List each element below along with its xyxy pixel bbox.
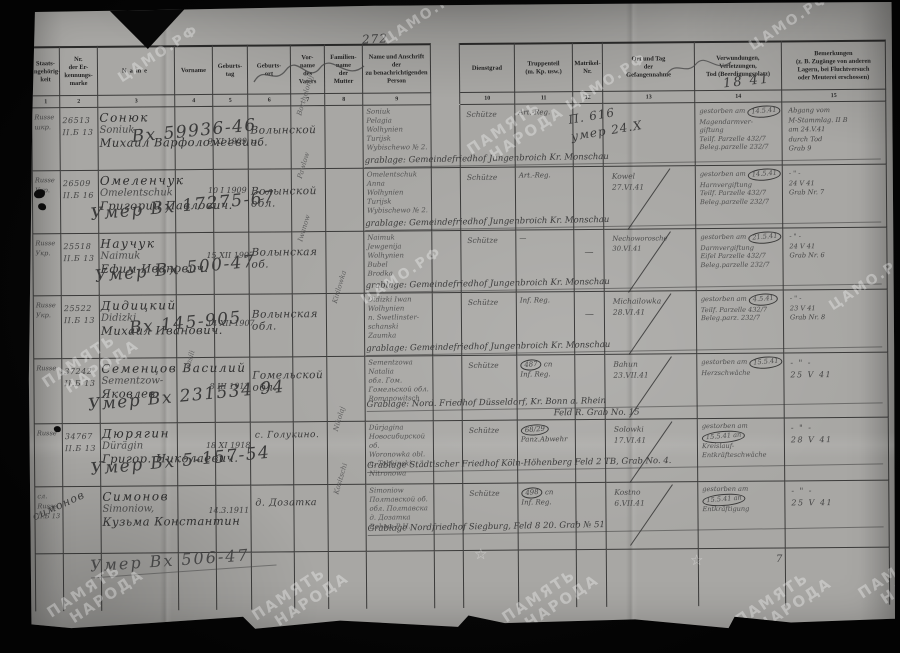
empty-cell [102, 553, 179, 611]
cell-matrikel: — [574, 230, 604, 292]
cell-death: gestorben am 15.5.41 anEntkräftigung [698, 481, 786, 549]
cell-vorname [177, 358, 216, 423]
col-num: 11 [515, 92, 573, 104]
col-num: 1 [31, 96, 60, 108]
cell-contact: Dürjagina Новосибирской об. Woronowka ob… [366, 421, 434, 485]
cell-birthplace [251, 485, 295, 552]
col-num: 7 [291, 94, 325, 106]
cell-name [101, 423, 178, 487]
cell-remarks: - " - 24 V 41 Grab Nr. 6 [783, 228, 887, 291]
cell-father [293, 357, 328, 422]
cell-rank: Schütze [462, 356, 518, 421]
col-header-contact: Name und Anschrift der zu benachrichtige… [363, 43, 431, 94]
col-header-matrikel: Matrikel- Nr. [573, 42, 603, 92]
cell-tag-number: 25518 II.Б 13 [61, 234, 99, 296]
cell-rank: Schütze [463, 484, 519, 551]
table-row: Russe Укр. 26509 II.Б 16 Omelentschuk An… [32, 165, 887, 235]
cell-vorname [177, 295, 215, 358]
cell-birthdate [214, 233, 249, 295]
cell-contact: Sementzowa Natalia обл. Гом. Гомельской … [365, 356, 434, 422]
cell-birthdate [214, 170, 249, 233]
cell-rank: Schütze [461, 231, 516, 293]
empty-cell [179, 553, 217, 610]
cell-mother [328, 485, 367, 552]
cell-contact: Didizki Iwan Wolhynien n. Swetlinster- s… [365, 293, 433, 357]
empty-cell [367, 551, 435, 609]
ink-blob [38, 203, 46, 210]
table-gap [432, 168, 461, 231]
cell-capture: Bahun 23.VII.41 [605, 354, 698, 420]
cell-capture: Michailowka 28.VI.41 [605, 291, 697, 355]
table-row: Russe Укр. 25518 II.Б 13 Naimuk Jewgenij… [32, 228, 887, 297]
cell-remarks: - " - 23 V 41 Grab Nr. 8 [784, 290, 888, 354]
cell-nationality: Russe [34, 424, 63, 487]
scanned-document-photo: 272 18 41 Staats- angehörig- keit Nr. de… [0, 0, 900, 653]
empty-cell [252, 552, 295, 609]
capture-text: Kowel 27.VI.41 [604, 166, 695, 193]
cell-birthdate [213, 107, 248, 170]
table-gap [434, 484, 464, 551]
cell-vorname [178, 486, 217, 553]
document-paper: 272 18 41 Staats- angehörig- keit Nr. de… [28, 2, 895, 630]
empty-cell [699, 548, 786, 606]
col-header-capture: Ort und Tag der Gefangennahme [603, 41, 695, 92]
capture-text: Michailowka 28.VI.41 [605, 291, 696, 318]
empty-cell [786, 548, 890, 606]
col-num: 12 [573, 92, 603, 104]
empty-cell [217, 553, 252, 610]
cell-name [100, 358, 178, 424]
cell-mother [325, 106, 363, 169]
death-details: Magendarmver- giftung Teilf. Parzelle 43… [699, 117, 781, 152]
cell-nationality: Russe шкр. [31, 108, 60, 171]
cell-birthdate [216, 423, 251, 486]
death-date-circled: 15.5.41 an [701, 429, 745, 444]
cell-matrikel [575, 355, 606, 420]
table-gap [431, 93, 460, 104]
cell-remarks: - " - 25 V 41 [784, 353, 889, 419]
death-intro: gestorben am [700, 170, 746, 178]
cell-tag-number: 26509 II.Б 16 [61, 171, 99, 234]
cell-death: gestorben am 14.5.41Harnvergiftung Teilf… [696, 165, 783, 229]
cell-remarks: - " - 25 V 41 [785, 481, 890, 549]
cell-death: gestorben am 4.5.41Teilf. Parzelle 432/7… [697, 290, 784, 354]
cell-contact: Naimuk Jewgenija Wolhynien Bubel Brodka [364, 231, 432, 294]
cell-name [100, 295, 177, 359]
ink-blob [54, 426, 61, 432]
cell-nationality: Russe [33, 359, 63, 424]
table-gap [435, 551, 464, 608]
unit-text: Inf. Reg. [520, 296, 550, 304]
col-num: 4 [175, 95, 213, 107]
col-num: 8 [325, 94, 363, 106]
archive-watermark: ЦАМО.РФ [380, 0, 467, 48]
cell-matrikel [576, 483, 607, 550]
cell-unit: 498 сп Inf. Reg. [518, 483, 577, 550]
death-details: Kreislauf- Entkräfteschwäche [702, 442, 784, 460]
empty-cell [607, 549, 699, 607]
col-num: 9 [363, 93, 431, 106]
cell-death: gestorben am 15.5.41Herzschwäche [697, 353, 785, 419]
cell-remarks: - " - 24 V 41 Grab Nr. 7 [783, 165, 887, 229]
cell-vorname [175, 107, 213, 170]
empty-cell [464, 551, 519, 608]
death-intro: gestorben am [702, 485, 748, 493]
cell-father [292, 169, 326, 232]
cell-father [294, 485, 329, 552]
col-num: 2 [60, 96, 98, 108]
col-header-remarks: Bemerkungen (z. B. Zugänge von anderen L… [782, 40, 886, 91]
cell-mother [327, 357, 366, 422]
unit-text: — [519, 234, 526, 242]
cell-capture: Solowki 17.VI.41 [606, 419, 698, 483]
capture-text: Kostno 6.VII.41 [606, 482, 697, 509]
cell-capture: Kostno 6.VII.41 [606, 482, 699, 550]
cell-birthplace [249, 169, 292, 232]
death-date-circled: 14.5.41 [747, 167, 781, 181]
col-header-mother: Familien- name der Mutter [325, 44, 363, 94]
cell-unit: Art.-Reg. [516, 167, 574, 230]
empty-cell [295, 552, 329, 609]
col-header-tag-number: Nr. der Er- kennungs- marke [60, 46, 98, 96]
cell-name [99, 170, 176, 234]
table-gap [433, 356, 463, 421]
col-header-vorname: Vorname [175, 45, 213, 95]
col-header-nationality: Staats- angehörig- keit [31, 46, 60, 96]
cell-matrikel [573, 104, 603, 167]
cell-matrikel: — [575, 292, 605, 355]
unit-text: Art.-Reg. [519, 171, 551, 179]
cell-mother [328, 422, 366, 485]
death-date-circled: 21.5.41 [748, 230, 782, 244]
death-intro: gestorben am [701, 358, 747, 366]
col-num: 3 [98, 95, 175, 108]
cell-birthplace [249, 232, 292, 294]
pow-register-table: Staats- angehörig- keit Nr. der Er- kenn… [31, 40, 890, 612]
cell-matrikel [576, 420, 606, 483]
unit-text: Panz.Abwehr [521, 435, 568, 443]
death-details: Teilf. Parzelle 432/7 Beleg.parz. 232/7 [701, 305, 783, 323]
cell-father [291, 106, 325, 169]
cell-nationality: Russe Укр. [33, 296, 62, 359]
col-num: 14 [695, 90, 782, 103]
cell-capture: Kowel 27.VI.41 [604, 166, 696, 230]
empty-cell [64, 554, 102, 611]
death-intro: gestorben am [700, 233, 746, 241]
death-details: Herzschwäche [701, 368, 783, 377]
cell-matrikel [574, 167, 604, 230]
cell-unit: Art.-Reg. [515, 104, 573, 167]
cell-unit: 68/29Panz.Abwehr [518, 420, 576, 483]
torn-corner [100, 1, 192, 49]
death-date-circled: 15.5.41 [749, 355, 783, 369]
capture-text: Nechoworosche 30.VI.41 [604, 229, 695, 254]
table-row: Russe 37242 II.Б 13 Sementzowa Natalia о… [33, 353, 888, 425]
col-header-birthdate: Geburts- tag [213, 45, 248, 95]
empty-cell [577, 550, 607, 607]
death-date-circled: 14.5.41 [747, 104, 781, 118]
cell-contact: Soniuk Pelagia Wolhynien Turijsk Wybisch… [363, 105, 431, 169]
cell-remarks: Abgang vom M-Stammlag. II B am 24.V.41 d… [782, 102, 886, 166]
unit-text: Art.-Reg. [518, 108, 550, 116]
cell-unit: Inf. Reg. [517, 292, 575, 355]
cell-rank: Schütze [461, 168, 516, 231]
cell-birthplace [251, 422, 294, 485]
cell-birthplace [248, 106, 291, 169]
cell-tag-number: 25522 II.Б 13 [62, 296, 100, 359]
cell-birthplace [250, 294, 293, 357]
cell-tag-number [63, 487, 102, 554]
cell-father [294, 422, 328, 485]
cell-unit: 487 сп Inf. Reg. [517, 355, 576, 420]
cell-father [292, 232, 326, 294]
death-intro: gestorben am [702, 422, 748, 430]
cell-tag-number: 34767 II.Б 13 [63, 424, 101, 487]
cell-birthplace [250, 357, 294, 422]
death-details: Darmvergiftung Eifel Parzelle 432/7 Bele… [700, 243, 782, 269]
cell-tag-number: 37242 II.Б 13 [62, 359, 101, 424]
cell-remarks: - " - 28 V 41 [785, 418, 889, 482]
empty-cell [35, 554, 64, 611]
unit-circle: 487 [520, 359, 542, 372]
cell-birthdate [216, 486, 252, 553]
cell-rank: Schütze [462, 293, 517, 356]
cell-rank: Schütze [463, 421, 518, 484]
cell-birthdate [215, 358, 251, 423]
cell-vorname [176, 170, 214, 233]
empty-cell [519, 550, 577, 607]
col-header-name: Name [98, 45, 175, 96]
cell-father [293, 294, 327, 357]
col-header-death: Verwundungen, Verletzungen, Tod (Beerdig… [695, 40, 782, 91]
col-num: 15 [782, 90, 886, 103]
table-gap [431, 43, 460, 93]
cell-name [99, 233, 176, 296]
death-intro: gestorben am [699, 107, 745, 115]
death-date-circled: 4.5.41 [748, 293, 778, 307]
table-row: сл. Russe II.Б 13 Simoniow Полтавской об… [34, 481, 889, 555]
cell-contact: Omelentschuk Anna Wolhynien Turijsk Wybi… [364, 168, 432, 232]
cell-death: gestorben am 14.5.41Magendarmver- giftun… [695, 102, 782, 166]
cell-vorname [178, 423, 216, 486]
cell-unit: — [516, 230, 574, 292]
death-details: Harnvergiftung Teilf. Parzelle 432/7 Bel… [700, 180, 782, 206]
capture-text: Bahun 23.VII.41 [605, 354, 696, 381]
cell-nationality: Russe Укр. [32, 171, 61, 234]
table-row: Russe шкр. 26513 II.Б 13 Soniuk Pelagia … [31, 102, 886, 172]
cell-name [98, 107, 175, 171]
cell-name [101, 486, 179, 554]
cell-birthdate [215, 295, 250, 358]
table-gap [431, 105, 460, 168]
cell-death: gestorben am 21.5.41Darmvergiftung Eifel… [696, 228, 783, 291]
cell-mother [326, 232, 364, 294]
col-num: 13 [603, 91, 695, 104]
table-row: Russe Укр. 25522 II.Б 13 Didizki Iwan Wo… [33, 290, 888, 360]
cell-mother [327, 294, 365, 357]
cell-rank: Schütze [460, 105, 515, 168]
table-header-row: Staats- angehörig- keit Nr. der Er- kenn… [31, 40, 886, 97]
cell-tag-number: 26513 II.Б 13 [60, 108, 98, 171]
cell-capture: Nechoworosche 30.VI.41 [604, 229, 696, 292]
table-gap [432, 231, 461, 293]
col-num: 5 [213, 95, 248, 107]
col-header-unit: Truppenteil (m. Kp. usw.) [515, 42, 573, 92]
capture-text: Solowki 17.VI.41 [606, 419, 697, 446]
cell-death: gestorben am 15.5.41 anKreislauf- Entkrä… [698, 418, 785, 482]
col-header-rank: Dienstgrad [460, 43, 515, 93]
table-gap [433, 293, 462, 356]
col-num: 10 [460, 93, 515, 105]
table-row: Russe 34767 II.Б 13 Dürjagina Новосибирс… [34, 418, 889, 488]
cell-nationality: сл. Russe II.Б 13 [34, 487, 64, 554]
col-num: 6 [248, 94, 291, 106]
death-intro: gestorben am [701, 295, 747, 303]
cell-contact: Simoniow Полтавской об. обл. Полтавска д… [366, 484, 435, 552]
table-row-empty [35, 548, 890, 612]
unit-circle: 498 [521, 487, 543, 500]
col-header-birthplace: Geburts- ort [248, 44, 291, 94]
col-header-father: Vor- name des Vaters [291, 44, 325, 94]
cell-capture [603, 103, 695, 167]
cell-mother [326, 169, 364, 232]
empty-cell [329, 552, 367, 609]
cell-nationality: Russe Укр. [32, 234, 61, 296]
table-gap [434, 421, 463, 484]
cell-vorname [176, 233, 214, 295]
